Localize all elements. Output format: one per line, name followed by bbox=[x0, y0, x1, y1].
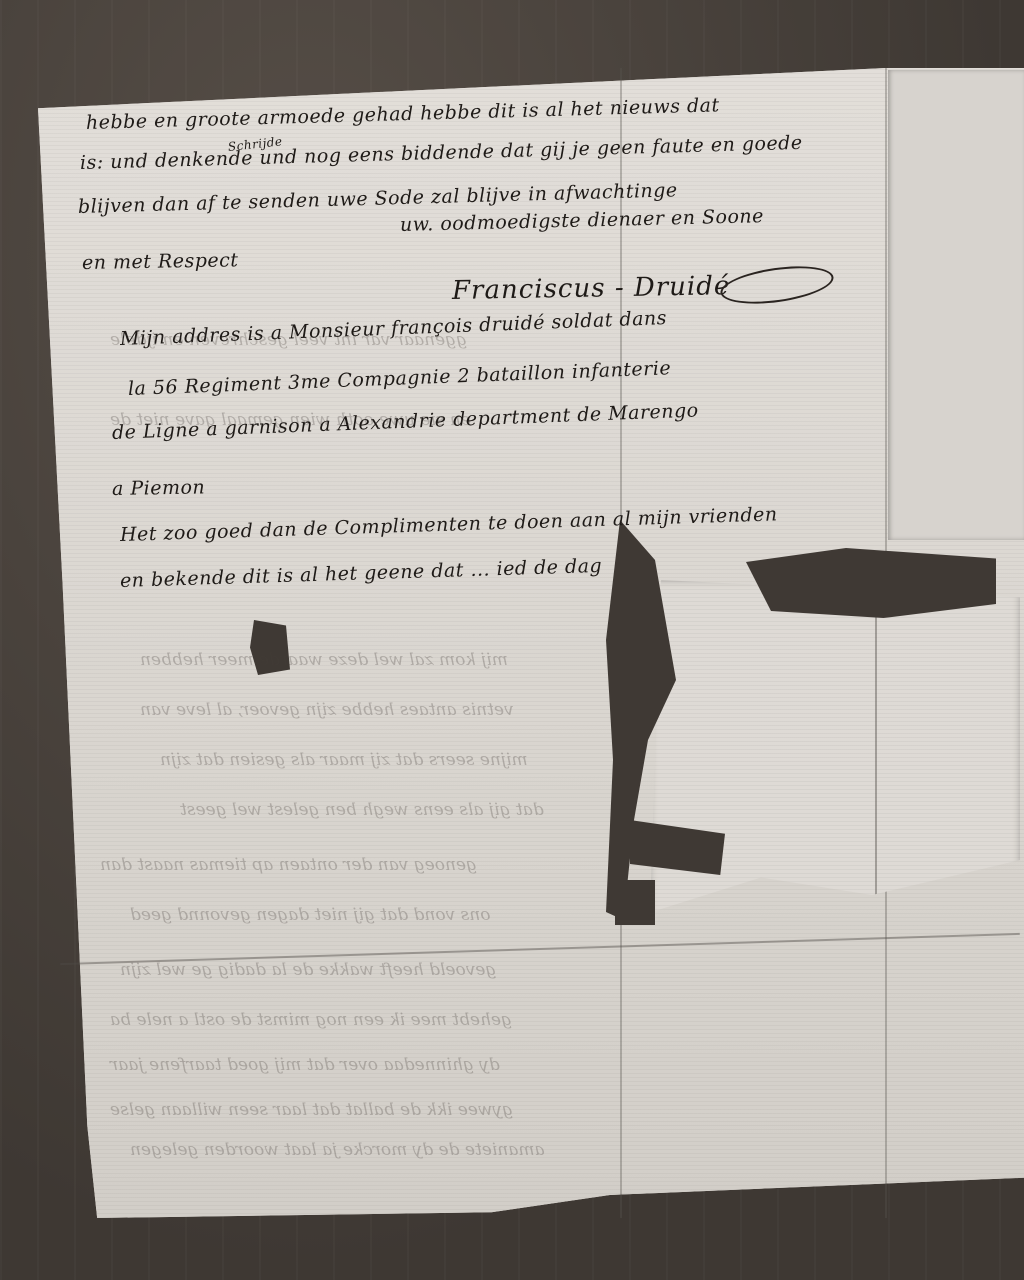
address-line: a Piemon bbox=[112, 476, 206, 500]
signature: Franciscus - Druidé bbox=[452, 271, 731, 306]
flap-crease bbox=[875, 580, 877, 930]
closing-respect: en met Respect bbox=[82, 249, 239, 274]
torn-hole bbox=[615, 880, 655, 925]
bleed-through-text: ons vond dat gij niet dagen gevonnd geed bbox=[130, 905, 490, 925]
bleed-through-text: dat gij als eens wegh ben gelest wel gee… bbox=[180, 800, 544, 820]
bleed-through-text: mijne seers dat zij maar als gesien dat … bbox=[160, 750, 528, 770]
bleed-through-text: dy ghinnedaa over dat mij goed taarfene … bbox=[110, 1055, 500, 1075]
bleed-through-text: gehebt mee ik een nog mimst de ostl a ne… bbox=[110, 1010, 512, 1030]
torn-hole bbox=[746, 548, 996, 618]
bleed-through-text: gevoeld heeft wakke de la dadig ge wel z… bbox=[120, 960, 496, 980]
bleed-through-text: mij kom zal wel deze waarde meer hebben bbox=[140, 650, 508, 670]
folded-right-strip bbox=[888, 70, 1024, 540]
bleed-through-text: amaniete de dy morcke ja laat woorden ge… bbox=[130, 1140, 545, 1160]
bleed-through-text: gywee ikk de ballat dat laar seen willaa… bbox=[110, 1100, 513, 1120]
bleed-through-text: genoeg van der ontaen ap tiemas naast da… bbox=[100, 855, 477, 875]
bleed-through-text: vetnis antaes hebbe zijn gevoer, al leve… bbox=[140, 700, 514, 720]
